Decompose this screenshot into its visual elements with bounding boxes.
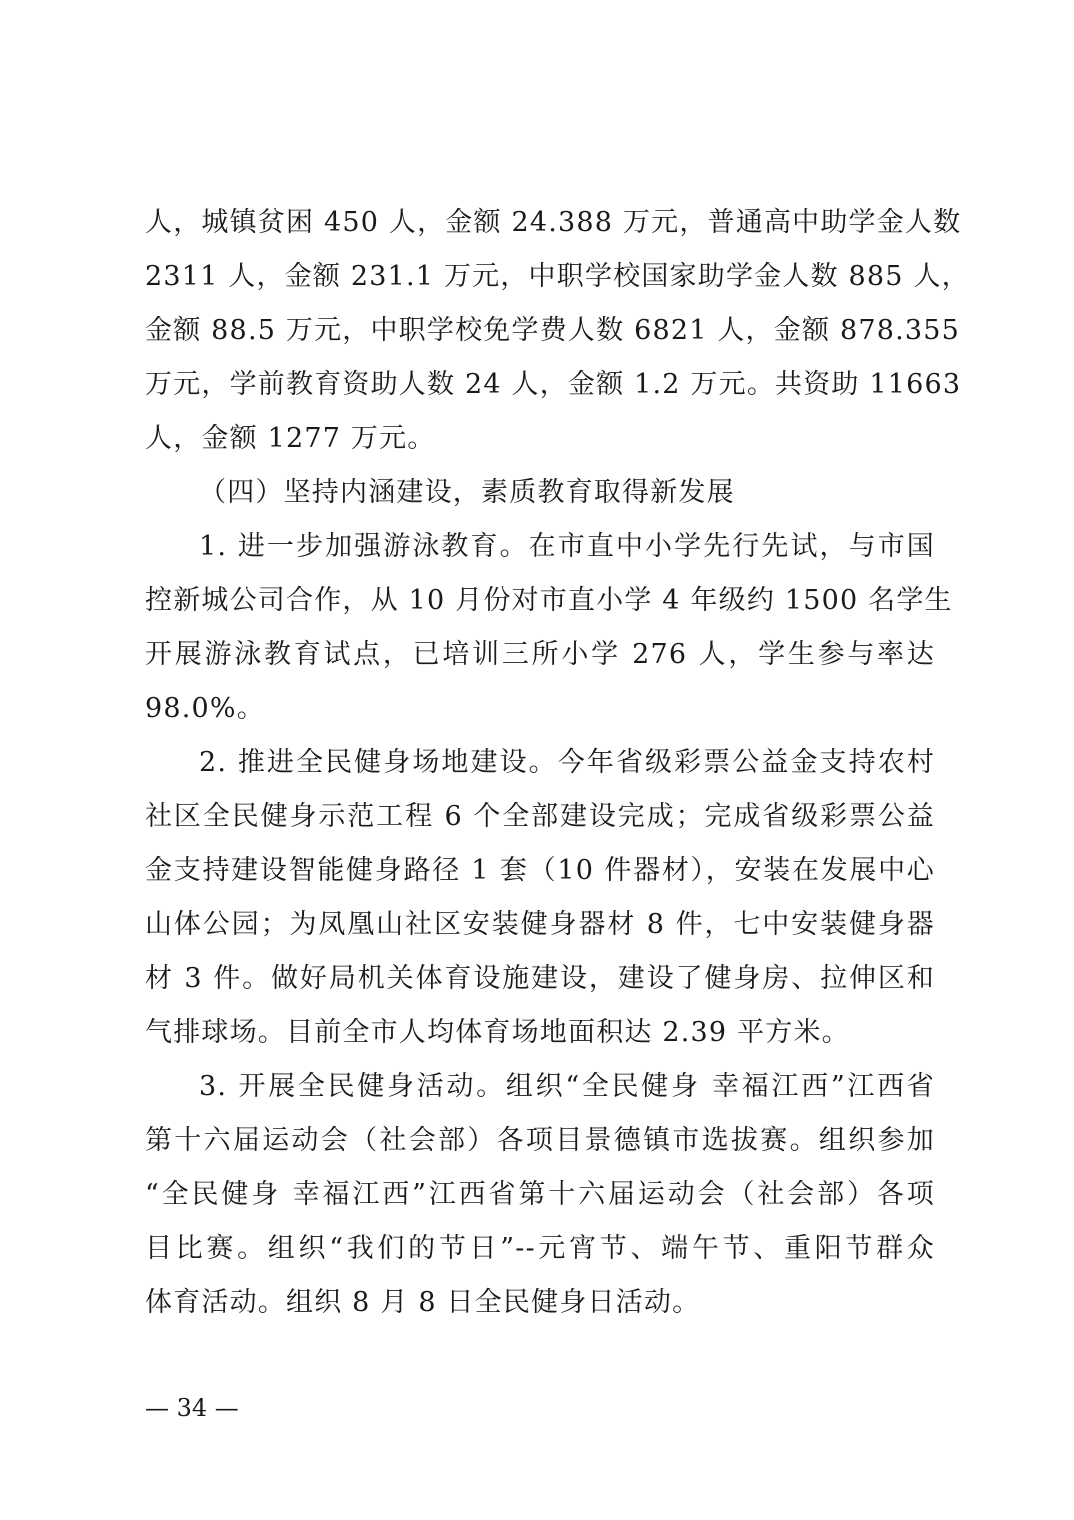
text-line: 材 3 件。做好局机关体育设施建设，建设了健身房、拉伸区和: [145, 959, 935, 999]
text-line: 3. 开展全民健身活动。组织“全民健身 幸福江西”江西省: [199, 1067, 935, 1107]
text-line: 98.0%。: [145, 689, 935, 729]
document-page: 人，城镇贫困 450 人，金额 24.388 万元，普通高中助学金人数2311 …: [0, 0, 1074, 1520]
text-line: 2. 推进全民健身场地建设。今年省级彩票公益金支持农村: [199, 743, 935, 783]
text-line: 山体公园；为凤凰山社区安装健身器材 8 件，七中安装健身器: [145, 905, 935, 945]
text-line: 1. 进一步加强游泳教育。在市直中小学先行先试，与市国: [199, 527, 935, 567]
text-line: “全民健身 幸福江西”江西省第十六届运动会（社会部）各项: [145, 1175, 935, 1215]
text-line: 金额 88.5 万元，中职学校免学费人数 6821 人，金额 878.355: [145, 311, 935, 351]
text-line: 2311 人，金额 231.1 万元，中职学校国家助学金人数 885 人，: [145, 257, 935, 297]
text-line: 金支持建设智能健身路径 1 套（10 件器材），安装在发展中心: [145, 851, 935, 891]
text-line: 第十六届运动会（社会部）各项目景德镇市选拔赛。组织参加: [145, 1121, 935, 1161]
text-line: 社区全民健身示范工程 6 个全部建设完成；完成省级彩票公益: [145, 797, 935, 837]
text-line: （四）坚持内涵建设，素质教育取得新发展: [199, 473, 935, 513]
page-number: — 34 —: [145, 1390, 239, 1426]
text-line: 控新城公司合作，从 10 月份对市直小学 4 年级约 1500 名学生: [145, 581, 935, 621]
text-line: 气排球场。目前全市人均体育场地面积达 2.39 平方米。: [145, 1013, 935, 1053]
text-line: 目比赛。组织“我们的节日”--元宵节、端午节、重阳节群众: [145, 1229, 935, 1269]
text-line: 体育活动。组织 8 月 8 日全民健身日活动。: [145, 1283, 935, 1323]
text-line: 开展游泳教育试点，已培训三所小学 276 人，学生参与率达: [145, 635, 935, 675]
text-line: 人，金额 1277 万元。: [145, 419, 935, 459]
text-line: 万元，学前教育资助人数 24 人，金额 1.2 万元。共资助 11663: [145, 365, 935, 405]
text-line: 人，城镇贫困 450 人，金额 24.388 万元，普通高中助学金人数: [145, 203, 935, 243]
